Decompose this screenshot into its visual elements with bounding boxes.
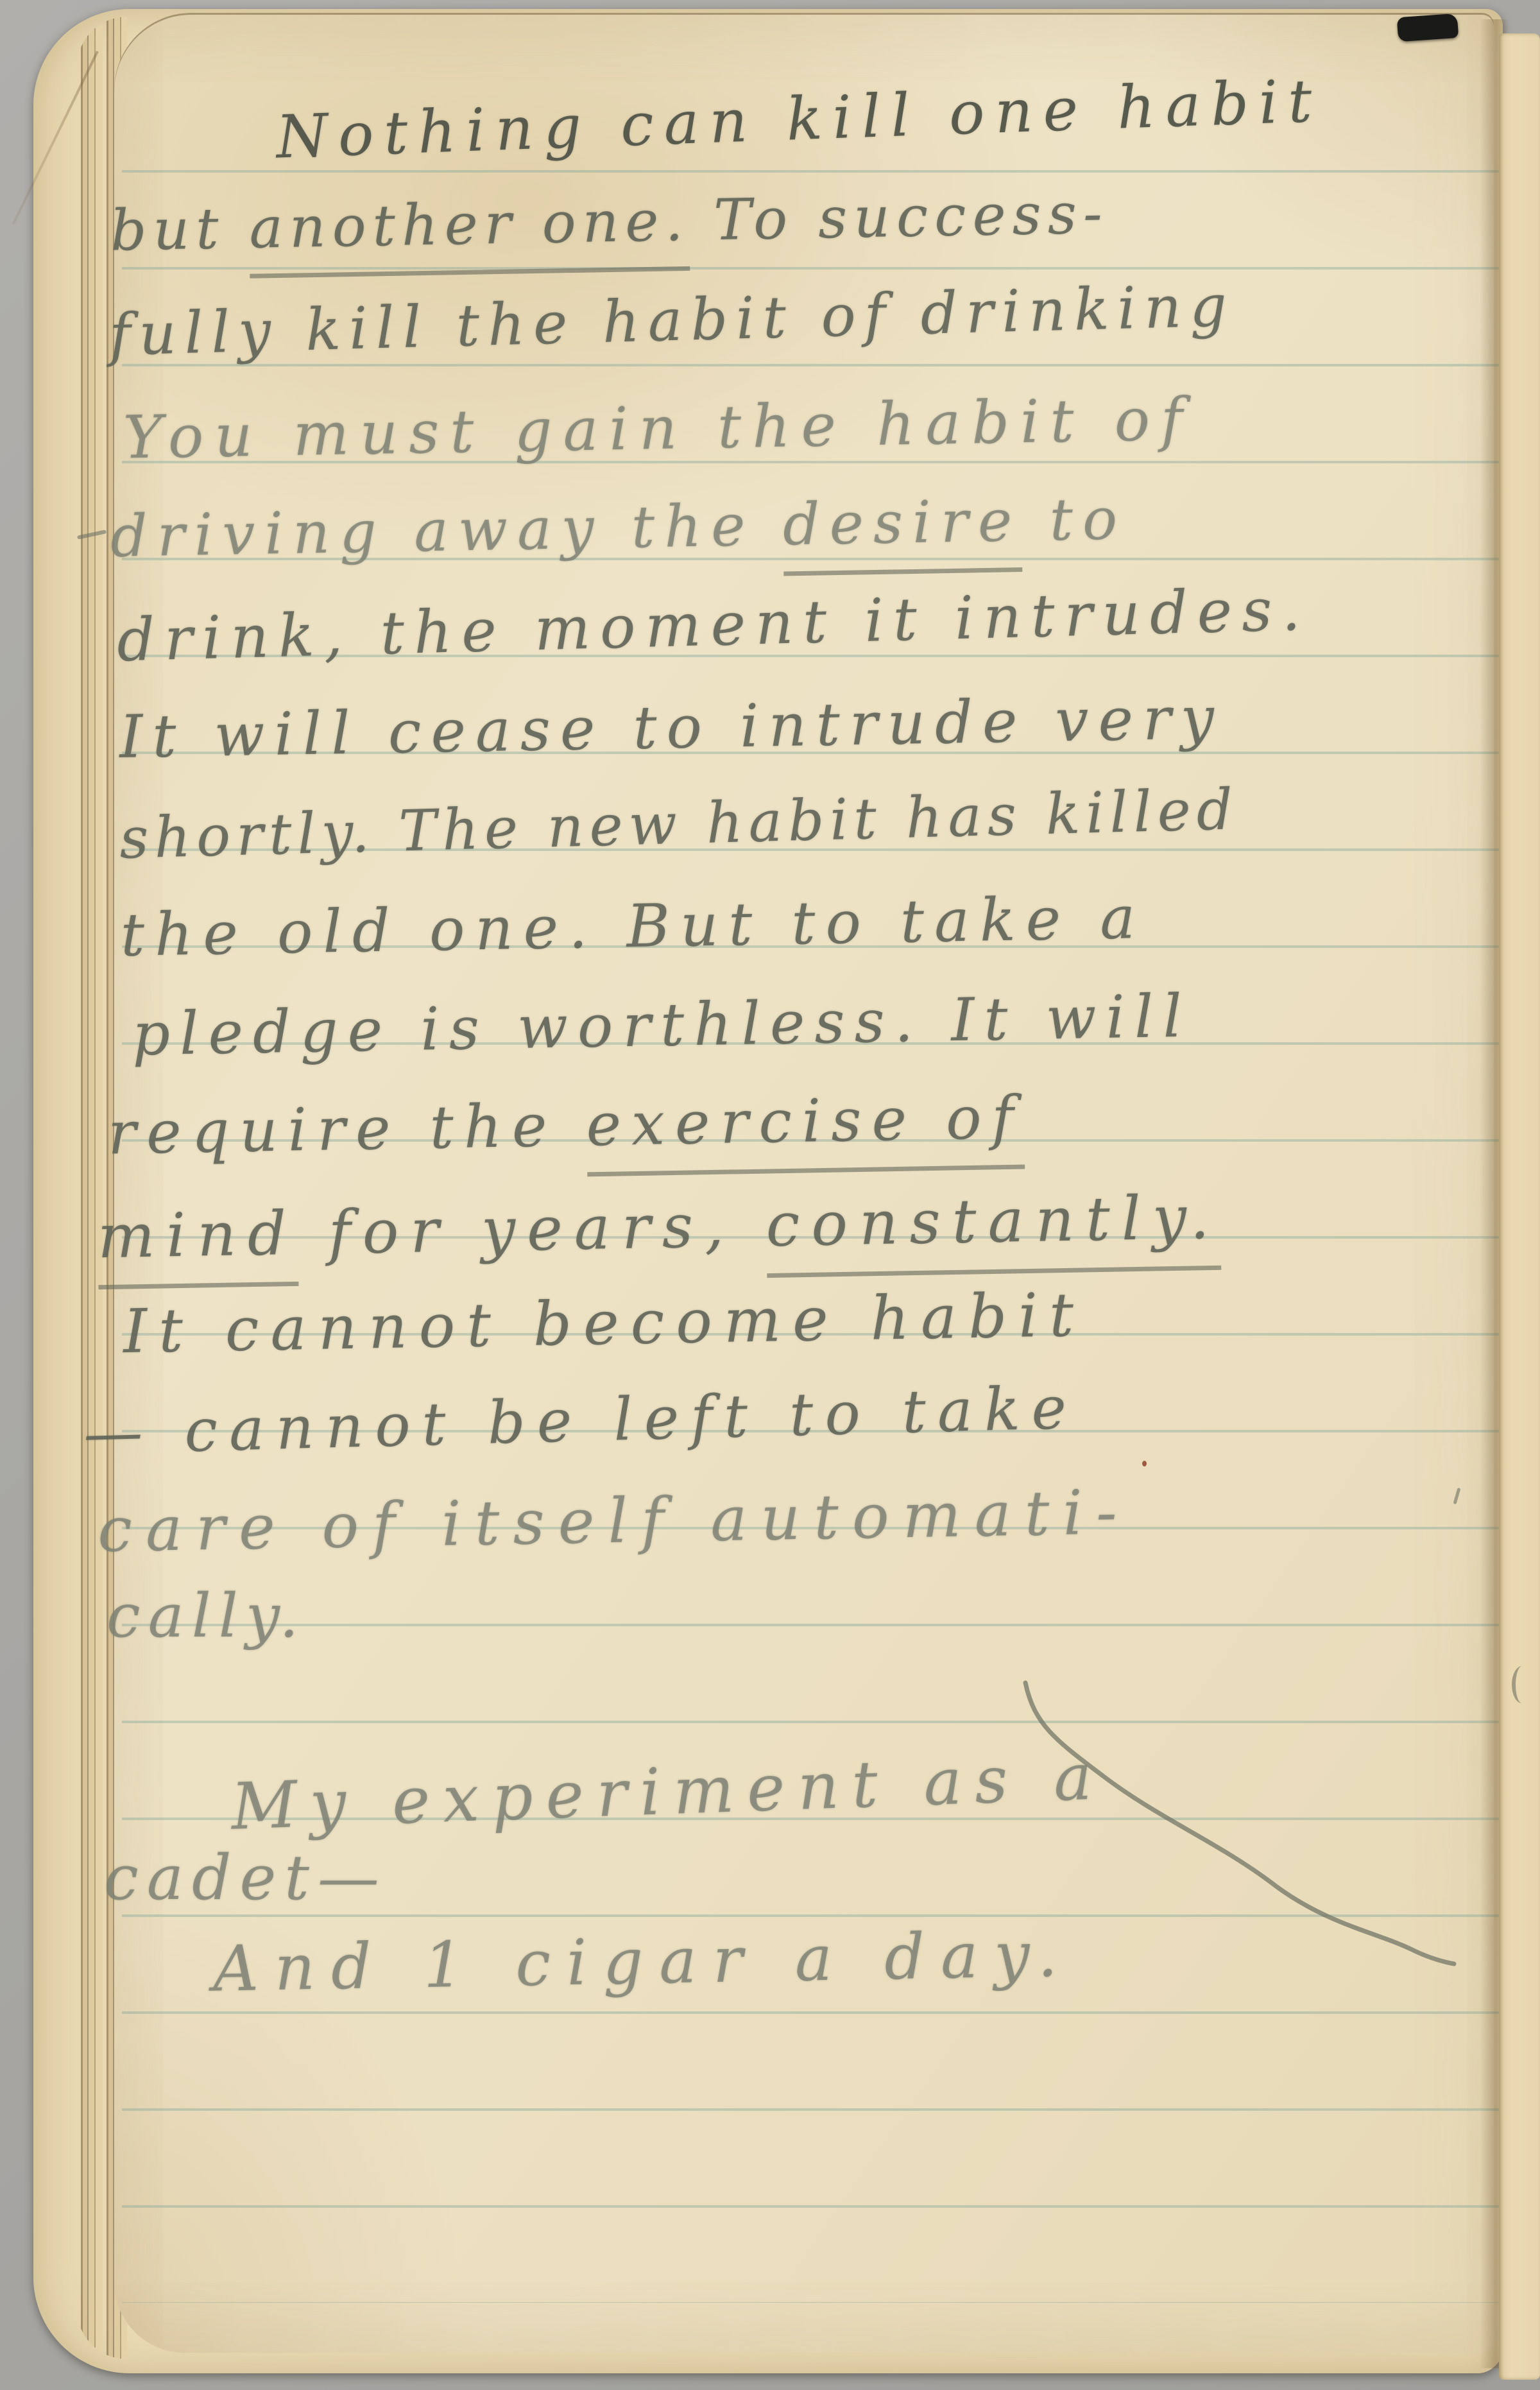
manuscript-line: mind for years, constantly. bbox=[97, 1188, 1221, 1268]
manuscript-line: cadet— bbox=[104, 1847, 388, 1909]
manuscript-text: driving away the bbox=[110, 492, 783, 571]
facing-page-edge bbox=[1499, 33, 1540, 2380]
underlined-text: desire bbox=[782, 487, 1022, 576]
manuscript-line: but another one. To success- bbox=[110, 185, 1109, 259]
underlined-text: constantly. bbox=[766, 1183, 1222, 1278]
manuscript-line: driving away the desire to bbox=[110, 490, 1127, 566]
manuscript-line: cally. bbox=[107, 1586, 306, 1647]
manuscript-line: care of itself automati- bbox=[97, 1481, 1131, 1561]
manuscript-text: require the bbox=[107, 1090, 586, 1167]
manuscript-line: the old one. But to take a bbox=[120, 888, 1146, 965]
manuscript-line: And 1 cigar a day. bbox=[212, 1923, 1074, 2000]
underlined-text: mind bbox=[97, 1199, 298, 1289]
binding-corner bbox=[1397, 13, 1459, 42]
manuscript-line: pledge is worthless. It will bbox=[132, 987, 1192, 1065]
manuscript-line: You must gain the habit of bbox=[123, 390, 1194, 467]
manuscript-line: require the exercise of bbox=[107, 1088, 1024, 1164]
manuscript-text: for years, bbox=[297, 1191, 767, 1269]
red-speck bbox=[1142, 1461, 1147, 1466]
paren-mark bbox=[1512, 1666, 1532, 1703]
manuscript-line: It cannot become habit bbox=[123, 1285, 1085, 1363]
manuscript-text: To success- bbox=[689, 180, 1109, 253]
underlined-text: exercise of bbox=[586, 1083, 1025, 1177]
underlined-text: another one. bbox=[249, 187, 690, 279]
manuscript-text: to bbox=[1021, 485, 1127, 555]
scanned-notebook-photo: Nothing can kill one habit but another o… bbox=[0, 0, 1540, 2390]
manuscript-text: but bbox=[110, 195, 250, 264]
